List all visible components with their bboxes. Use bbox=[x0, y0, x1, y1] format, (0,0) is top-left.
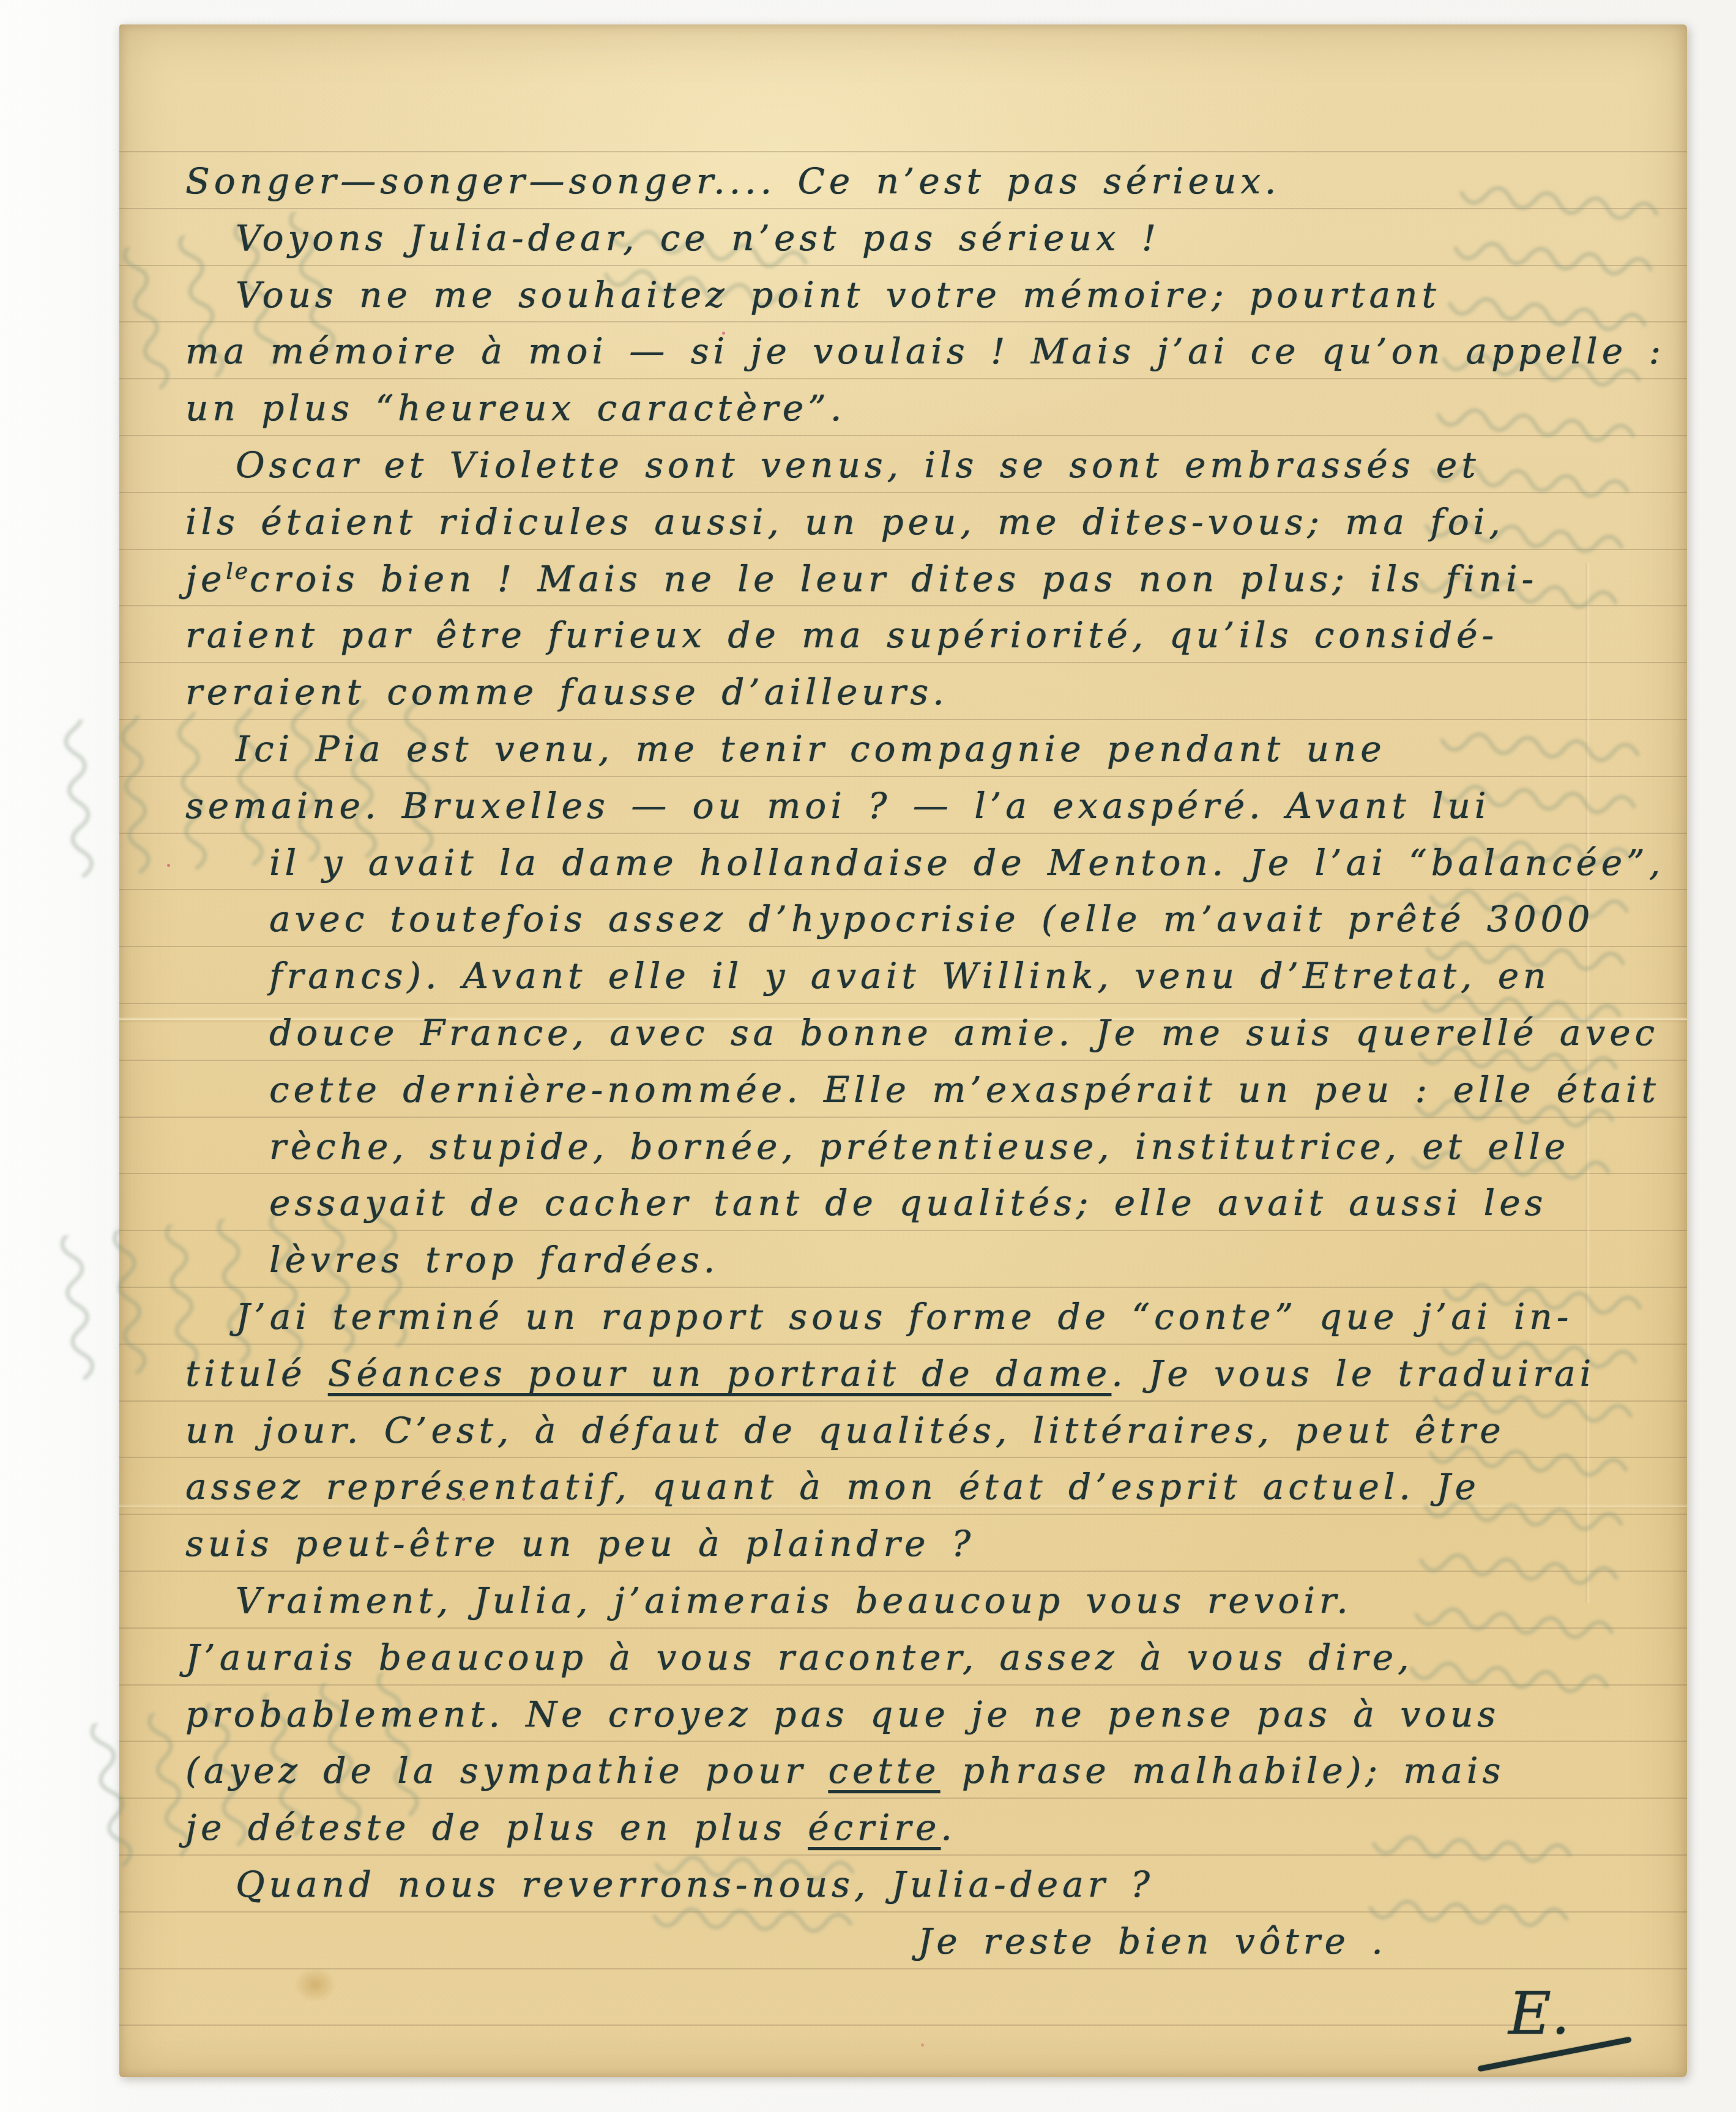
letter-line: (ayez de la sympathie pour cette phrase … bbox=[185, 1753, 1505, 1788]
letter-text: il y avait la dame hollandaise de Menton… bbox=[269, 842, 1664, 883]
ink-speck bbox=[722, 332, 725, 335]
letter-text: Songer—songer—songer.... Ce n’est pas sé… bbox=[185, 160, 1280, 202]
letter-line: francs). Avant elle il y avait Willink, … bbox=[269, 958, 1550, 994]
letter-line: probablement. Ne croyez pas que je ne pe… bbox=[185, 1697, 1500, 1732]
letter-line: semaine. Bruxelles — ou moi ? — l’a exas… bbox=[185, 788, 1490, 824]
letter-line: Voyons Julia-dear, ce n’est pas sérieux … bbox=[236, 220, 1160, 256]
letter-line: raient par être furieux de ma supériorit… bbox=[185, 617, 1498, 653]
letter-text: Ici Pia est venu, me tenir compagnie pen… bbox=[236, 728, 1385, 770]
letter-text: cette dernière-nommée. Elle m’exaspérait… bbox=[269, 1069, 1660, 1110]
letter-text: ma mémoire à moi — si je voulais ! Mais … bbox=[185, 330, 1665, 372]
letter-text: Vous ne me souhaitez point votre mémoire… bbox=[236, 274, 1440, 316]
letter-line: Je reste bien vôtre . bbox=[918, 1924, 1387, 1959]
letter-line: Songer—songer—songer.... Ce n’est pas sé… bbox=[185, 163, 1280, 199]
letter-line: cette dernière-nommée. Elle m’exaspérait… bbox=[269, 1072, 1660, 1107]
letter-text: assez représentatif, quant à mon état d’… bbox=[185, 1466, 1480, 1508]
letter-line: Ici Pia est venu, me tenir compagnie pen… bbox=[236, 731, 1385, 767]
ruled-line bbox=[119, 2025, 1687, 2026]
ink-speck bbox=[462, 1498, 465, 1501]
ink-speck bbox=[921, 2043, 924, 2047]
letter-text: phrase malhabile); mais bbox=[940, 1750, 1505, 1791]
ruled-line bbox=[119, 208, 1687, 209]
letter-line: suis peut-être un peu à plaindre ? bbox=[185, 1526, 975, 1561]
letter-line: un jour. C’est, à défaut de qualités, li… bbox=[185, 1413, 1505, 1448]
underlined-text: écrire bbox=[808, 1807, 941, 1848]
letter-line: Vraiment, Julia, j’aimerais beaucoup vou… bbox=[236, 1583, 1352, 1618]
letter-text: un plus “heureux caractère”. bbox=[185, 387, 846, 429]
letter-text: crois bien ! Mais ne le leur dites pas n… bbox=[250, 558, 1538, 600]
letter-line: ma mémoire à moi — si je voulais ! Mais … bbox=[185, 333, 1665, 369]
letter-text: rèche, stupide, bornée, prétentieuse, in… bbox=[269, 1126, 1570, 1167]
letter-line: il y avait la dame hollandaise de Menton… bbox=[269, 845, 1664, 880]
letter-text: Je reste bien vôtre . bbox=[918, 1921, 1387, 1962]
letter-text: (ayez de la sympathie pour bbox=[185, 1750, 829, 1791]
letter-line: un plus “heureux caractère”. bbox=[185, 390, 846, 426]
signature-initial: E. bbox=[1508, 1979, 1570, 2048]
letter-line: J’ai terminé un rapport sous forme de “c… bbox=[236, 1299, 1573, 1334]
ruled-line bbox=[119, 151, 1687, 152]
letter-text: Voyons Julia-dear, ce n’est pas sérieux … bbox=[236, 217, 1160, 259]
letter-line: je déteste de plus en plus écrire. bbox=[185, 1810, 956, 1845]
letter-text: francs). Avant elle il y avait Willink, … bbox=[269, 955, 1550, 997]
letter-line: Oscar et Violette sont venus, ils se son… bbox=[236, 447, 1480, 483]
letter-text: probablement. Ne croyez pas que je ne pe… bbox=[185, 1694, 1500, 1735]
scanned-letter-page: Songer—songer—songer.... Ce n’est pas sé… bbox=[0, 0, 1736, 2112]
letter-paper: Songer—songer—songer.... Ce n’est pas sé… bbox=[119, 24, 1687, 2077]
letter-line: Vous ne me souhaitez point votre mémoire… bbox=[236, 277, 1440, 313]
ruled-line bbox=[119, 662, 1687, 663]
underlined-text: Séances pour un portrait de dame bbox=[328, 1353, 1111, 1394]
letter-text: . Je vous le traduirai bbox=[1111, 1353, 1595, 1394]
ink-speck bbox=[167, 864, 170, 867]
letter-line: jelecrois bien ! Mais ne le leur dites p… bbox=[185, 561, 1538, 597]
letter-line: douce France, avec sa bonne amie. Je me … bbox=[269, 1015, 1659, 1050]
letter-text: un jour. C’est, à défaut de qualités, li… bbox=[185, 1410, 1505, 1451]
underlined-text: cette bbox=[829, 1750, 941, 1791]
letter-text: semaine. Bruxelles — ou moi ? — l’a exas… bbox=[185, 785, 1490, 827]
letter-text: reraient comme fausse d’ailleurs. bbox=[185, 671, 948, 713]
letter-text: je déteste de plus en plus bbox=[185, 1807, 808, 1848]
letter-text: suis peut-être un peu à plaindre ? bbox=[185, 1523, 975, 1564]
inserted-word: le bbox=[226, 559, 250, 584]
letter-line: ils étaient ridicules aussi, un peu, me … bbox=[185, 504, 1505, 540]
letter-line: avec toutefois assez d’hypocrisie (elle … bbox=[269, 901, 1594, 937]
letter-text: douce France, avec sa bonne amie. Je me … bbox=[269, 1012, 1659, 1054]
letter-text: Quand nous reverrons-nous, Julia-dear ? bbox=[236, 1864, 1154, 1905]
letter-line: essayait de cacher tant de qualités; ell… bbox=[269, 1185, 1547, 1221]
letter-line: J’aurais beaucoup à vous raconter, assez… bbox=[185, 1640, 1413, 1675]
letter-text: essayait de cacher tant de qualités; ell… bbox=[269, 1182, 1547, 1224]
letter-line: reraient comme fausse d’ailleurs. bbox=[185, 674, 948, 710]
signature-text: E. bbox=[1508, 1979, 1570, 2048]
bleedthrough-mark bbox=[1308, 1823, 1573, 1995]
letter-text: J’ai terminé un rapport sous forme de “c… bbox=[236, 1296, 1573, 1337]
letter-text: raient par être furieux de ma supériorit… bbox=[185, 614, 1498, 656]
letter-text: Vraiment, Julia, j’aimerais beaucoup vou… bbox=[236, 1580, 1352, 1621]
letter-line: titulé Séances pour un portrait de dame.… bbox=[185, 1356, 1595, 1391]
letter-line: rèche, stupide, bornée, prétentieuse, in… bbox=[269, 1129, 1570, 1164]
letter-text: titulé bbox=[185, 1353, 328, 1394]
letter-text: . bbox=[941, 1807, 956, 1848]
letter-text: je bbox=[185, 558, 226, 600]
letter-line: assez représentatif, quant à mon état d’… bbox=[185, 1469, 1480, 1504]
letter-text: Oscar et Violette sont venus, ils se son… bbox=[236, 444, 1480, 486]
bleedthrough-mark bbox=[1385, 1270, 1645, 1752]
letter-line: lèvres trop fardées. bbox=[269, 1242, 719, 1277]
letter-text: ils étaient ridicules aussi, un peu, me … bbox=[185, 501, 1505, 543]
letter-text: avec toutefois assez d’hypocrisie (elle … bbox=[269, 898, 1594, 940]
letter-text: lèvres trop fardées. bbox=[269, 1239, 719, 1281]
paper-stain bbox=[294, 1967, 337, 2002]
letter-line: Quand nous reverrons-nous, Julia-dear ? bbox=[236, 1867, 1154, 1902]
letter-text: J’aurais beaucoup à vous raconter, assez… bbox=[185, 1637, 1413, 1678]
